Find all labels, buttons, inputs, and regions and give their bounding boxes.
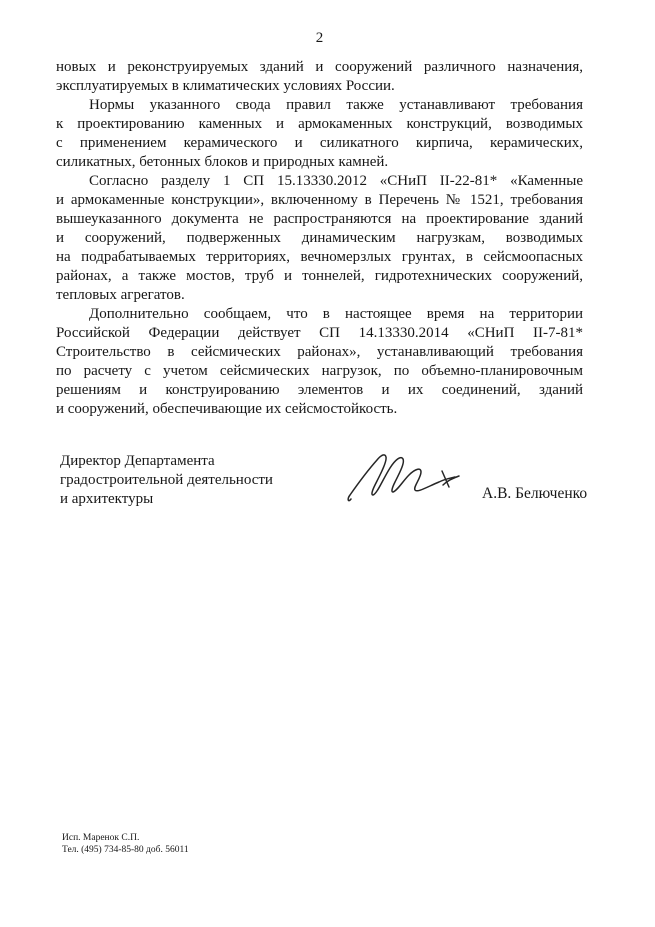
text-line: и сооружений, подверженных динамическим … bbox=[56, 229, 583, 248]
text-line: Строительство в сейсмических районах», у… bbox=[56, 343, 583, 362]
text-line: с применением керамического и силикатног… bbox=[56, 134, 583, 153]
paragraph: новых и реконструируемых зданий и сооруж… bbox=[56, 58, 583, 96]
text-line: Согласно разделу 1 СП 15.13330.2012 «СНи… bbox=[56, 172, 583, 191]
signer-title-line: градостроительной деятельности bbox=[60, 471, 340, 490]
page-number: 2 bbox=[56, 29, 583, 48]
executor-line: Исп. Маренок С.П. bbox=[62, 833, 189, 845]
signer-title: Директор Департаментаградостроительной д… bbox=[60, 452, 340, 509]
text-line: новых и реконструируемых зданий и сооруж… bbox=[56, 58, 583, 77]
signer-name: А.В. Белюченко bbox=[482, 484, 587, 503]
paragraph: Дополнительно сообщаем, что в настоящее … bbox=[56, 305, 583, 419]
footer: Исп. Маренок С.П. Тел. (495) 734-85-80 д… bbox=[62, 833, 189, 856]
signer-title-line: и архитектуры bbox=[60, 490, 340, 509]
text-line: на подрабатываемых территориях, вечномер… bbox=[56, 248, 583, 267]
text-line: Нормы указанного свода правил также уста… bbox=[56, 96, 583, 115]
document-page: 2 новых и реконструируемых зданий и соор… bbox=[0, 0, 655, 927]
text-line: эксплуатируемых в климатических условиях… bbox=[56, 77, 583, 96]
handwritten-signature-icon bbox=[347, 449, 465, 505]
text-line: по расчету с учетом сейсмических нагрузо… bbox=[56, 362, 583, 381]
paragraph: Нормы указанного свода правил также уста… bbox=[56, 96, 583, 172]
text-line: к проектированию каменных и армокаменных… bbox=[56, 115, 583, 134]
text-line: тепловых агрегатов. bbox=[56, 286, 583, 305]
text-line: вышеуказанного документа не распространя… bbox=[56, 210, 583, 229]
text-line: силикатных, бетонных блоков и природных … bbox=[56, 153, 583, 172]
text-line: и армокаменные конструкции», включенному… bbox=[56, 191, 583, 210]
letter-body: новых и реконструируемых зданий и сооруж… bbox=[56, 58, 583, 419]
paragraph: Согласно разделу 1 СП 15.13330.2012 «СНи… bbox=[56, 172, 583, 305]
signer-title-line: Директор Департамента bbox=[60, 452, 340, 471]
text-line: районах, а также мостов, труб и тоннелей… bbox=[56, 267, 583, 286]
text-line: решениям и конструированию элементов и и… bbox=[56, 381, 583, 400]
phone-line: Тел. (495) 734-85-80 доб. 56011 bbox=[62, 845, 189, 857]
text-line: Дополнительно сообщаем, что в настоящее … bbox=[56, 305, 583, 324]
text-line: и сооружений, обеспечивающие их сейсмост… bbox=[56, 400, 583, 419]
text-line: Российской Федерации действует СП 14.133… bbox=[56, 324, 583, 343]
